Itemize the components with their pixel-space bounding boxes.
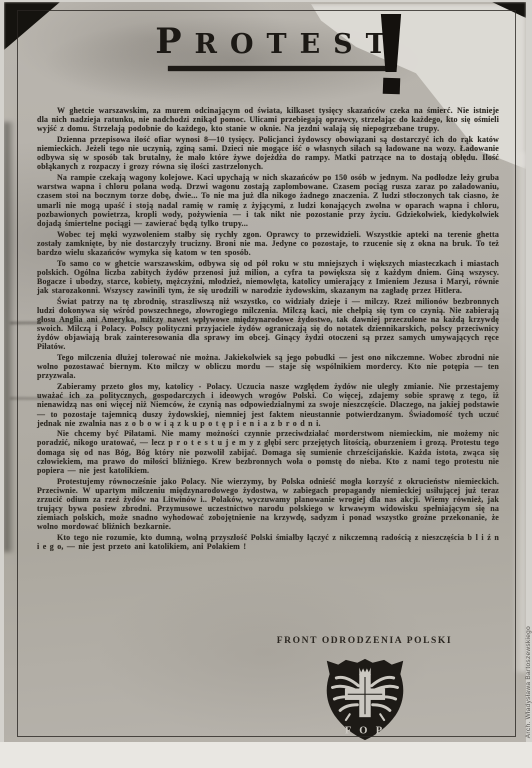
leaflet-paragraph: W ghetcie warszawskim, za murem odcinają…: [37, 106, 499, 133]
leaflet-photo: PROTEST W ghetcie warszawskim, za murem …: [4, 2, 526, 742]
title-rest: ROTEST: [195, 29, 399, 60]
leaflet-paragraph: Tego milczenia dłużej tolerować nie możn…: [37, 353, 499, 380]
archive-credit: Arch. Władysława Bartoszewskiego: [525, 626, 532, 738]
page-title: PROTEST: [146, 22, 408, 65]
leaflet-paragraph: Nie chcemy być Piłatami. Nie mamy możnoś…: [37, 429, 499, 475]
screenshot-root: PROTEST W ghetcie warszawskim, za murem …: [0, 0, 532, 768]
leaflet-paragraph: Kto tego nie rozumie, kto dumną, wolną p…: [37, 533, 499, 551]
paper-light-right-edge: [512, 152, 526, 672]
exclamation-mark-icon: [378, 14, 404, 94]
signature-block: FRONT ODRODZENIA POLSKI: [272, 636, 457, 742]
leaflet-body-text: W ghetcie warszawskim, za murem odcinają…: [37, 106, 499, 553]
title-underline: [168, 66, 386, 71]
leaflet-paragraph: Świat patrzy na tę zbrodnię, straszliwsz…: [37, 297, 499, 352]
exclamation-dot: [382, 78, 400, 95]
signature-text: FRONT ODRODZENIA POLSKI: [272, 636, 457, 646]
leaflet-paragraph: Zabieramy przeto głos my, katolicy - Pol…: [37, 382, 499, 428]
leaflet-paragraph: Dzienna przepisowa ilość ofiar wynosi 8—…: [37, 135, 499, 172]
title-row: PROTEST: [4, 22, 526, 71]
leaflet-paragraph: Wobec tej męki wyzwoleniem stałby się ry…: [37, 230, 499, 257]
title-initial: P: [155, 21, 194, 62]
leaflet-paragraph: Na rampie czekają wagony kolejowe. Kaci …: [37, 173, 499, 228]
leaflet-paragraph: Protestujemy równocześnie jako Polacy. N…: [37, 477, 499, 532]
exclamation-bar: [380, 14, 403, 72]
leaflet-paragraph: To samo co w ghetcie warszawskim, odbywa…: [37, 259, 499, 296]
emblem-letters: F O P: [344, 725, 384, 736]
photo-shadow-left-edge: [4, 122, 15, 552]
fop-shield-emblem-icon: F O P: [314, 656, 416, 742]
caption-strip: [0, 742, 532, 768]
